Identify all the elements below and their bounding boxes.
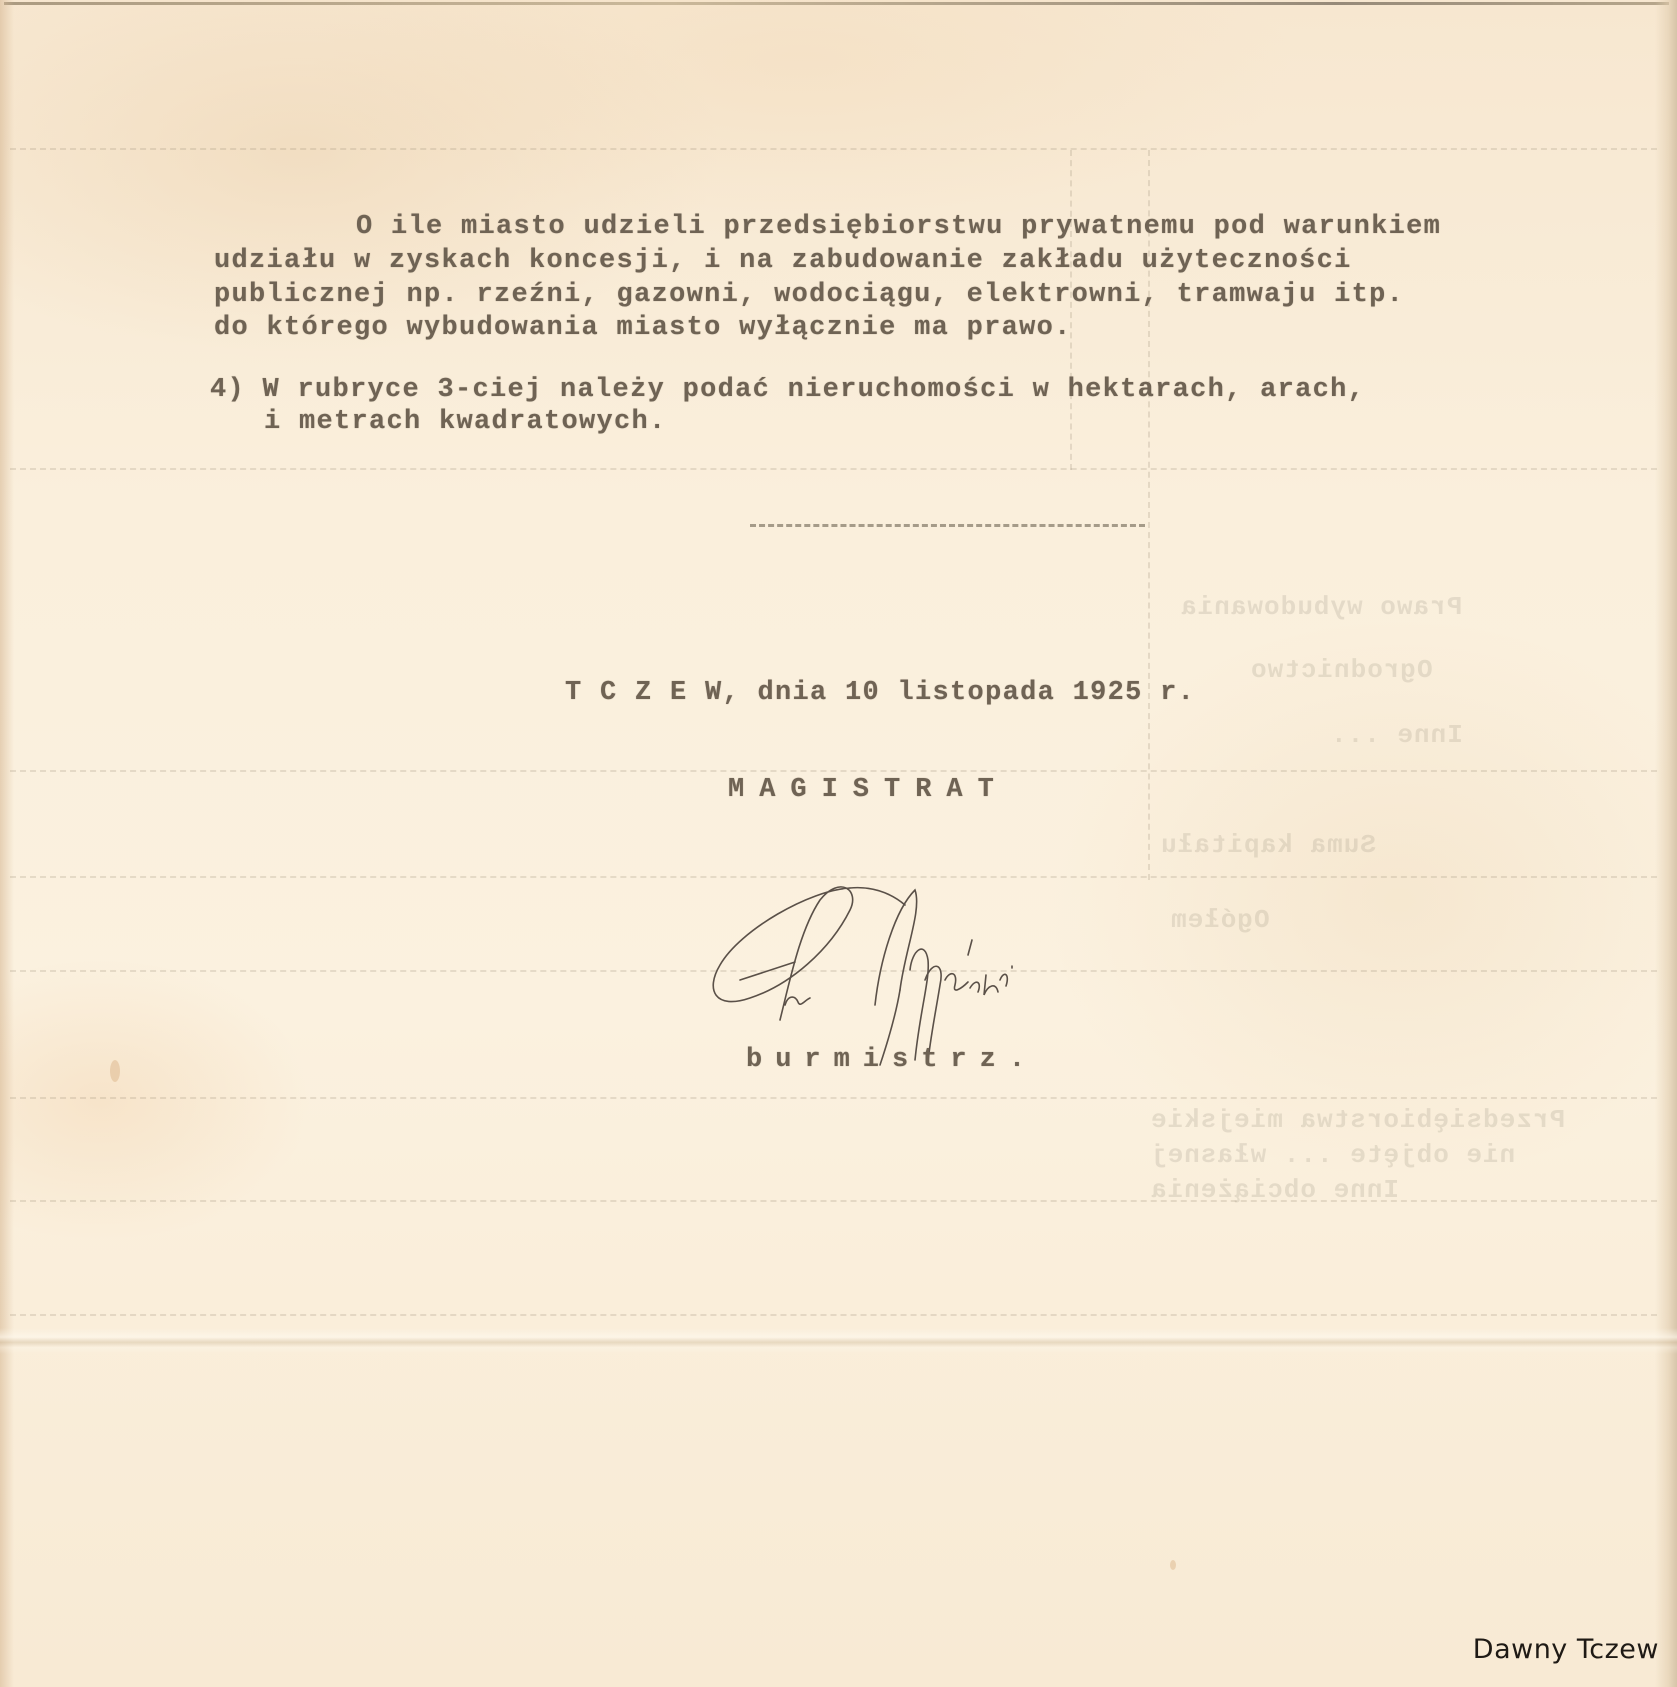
- ghost-text: Suma kapitału: [1160, 830, 1376, 860]
- ghost-text: Przedsiębiorstwa miejskie: [1150, 1105, 1565, 1135]
- signature-icon: [700, 870, 1060, 1070]
- paper-right-edge: [1655, 0, 1677, 1687]
- paper-fold: [0, 1328, 1677, 1354]
- note-line: 4) W rubryce 3-ciej należy podać nieruch…: [210, 375, 1365, 405]
- scanned-document-page: Prawo wybudowania Ogrodnictwo Inne ... S…: [0, 0, 1677, 1687]
- paper-stain: [110, 1060, 120, 1082]
- paper-left-edge: [0, 0, 14, 1687]
- note-line: i metrach kwadratowych.: [264, 407, 667, 437]
- ghost-vrule: [1070, 150, 1072, 470]
- signatory-title: burmistrz.: [746, 1045, 1038, 1075]
- ghost-rule: [10, 1314, 1657, 1316]
- paper-top-edge: [4, 2, 1669, 5]
- paragraph-line: do którego wybudowania miasto wyłącznie …: [214, 313, 1072, 343]
- ghost-rule: [10, 1200, 1657, 1202]
- ghost-text: nie objęte ... własnej: [1150, 1140, 1515, 1170]
- paragraph-line: O ile miasto udzieli przedsiębiorstwu pr…: [356, 212, 1441, 242]
- ghost-text: Prawo wybudowania: [1180, 592, 1462, 622]
- ghost-rule: [10, 1097, 1657, 1099]
- ghost-text: Ogółem: [1170, 905, 1270, 935]
- ghost-text: Inne obciążenia: [1150, 1175, 1399, 1205]
- paragraph-line: udziału w zyskach koncesji, i na zabudow…: [214, 246, 1352, 276]
- issuing-office: MAGISTRAT: [728, 775, 1009, 805]
- ghost-rule: [10, 148, 1657, 150]
- place-date-line: T C Z E W, dnia 10 listopada 1925 r.: [565, 678, 1195, 708]
- paragraph-line: publicznej np. rzeźni, gazowni, wodociąg…: [214, 280, 1404, 310]
- paper-stain: [1170, 1560, 1176, 1570]
- ghost-text: Inne ...: [1330, 720, 1463, 750]
- section-separator: [750, 524, 1145, 527]
- ghost-text: Ogrodnictwo: [1250, 655, 1433, 685]
- ghost-rule: [10, 770, 1657, 772]
- watermark-label: Dawny Tczew: [1473, 1634, 1659, 1665]
- ghost-rule: [10, 468, 1657, 470]
